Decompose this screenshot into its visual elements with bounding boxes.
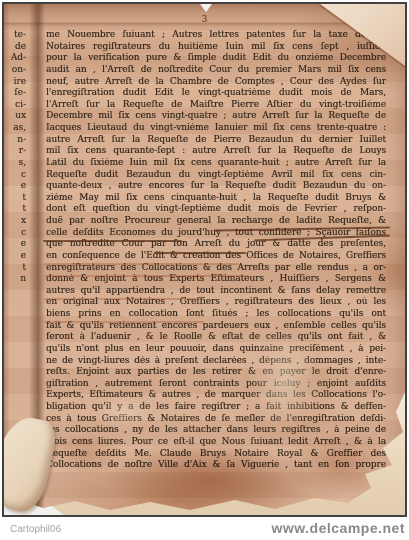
tear-notch	[200, 4, 212, 12]
site-watermark: www.delcampe.net	[271, 520, 405, 536]
document-page: te-deAd-on-ireſe-ci-uxas,n-r-s,cettxceet…	[4, 4, 405, 515]
document-photo: te-deAd-on-ireſe-ci-uxas,n-r-s,cettxceet…	[2, 2, 407, 517]
caption-strip: Cartophil06 www.delcampe.net	[0, 517, 409, 540]
seller-watermark: Cartophil06	[10, 524, 61, 535]
highlight-overlay	[4, 4, 405, 515]
